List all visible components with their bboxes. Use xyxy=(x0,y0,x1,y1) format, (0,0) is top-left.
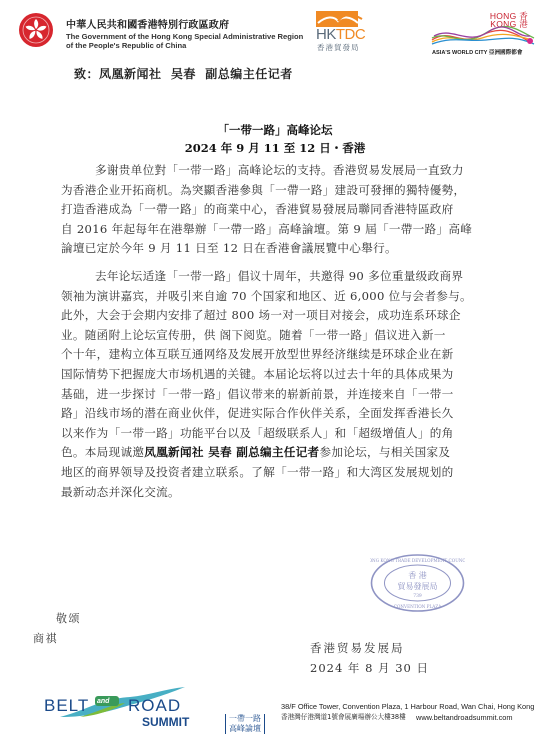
paragraph-line: 多谢贵单位對「一带一路」高峰论坛的支持。香港贸易发展局一直致力 xyxy=(61,161,491,181)
letter-date: 2024 年 8 月 30 日 xyxy=(310,660,429,676)
logo-and-text: and xyxy=(97,698,109,705)
invitee-highlight: 凤凰新闻社 吴春 副总编主任记者 xyxy=(144,445,319,459)
brand-hong-kong-logo: HONG 香 KONG 港 ASIA'S WORLD CITY 亞洲國際都會 xyxy=(430,10,540,58)
svg-text:HONG KONG TRADE DEVELOPMENT CO: HONG KONG TRADE DEVELOPMENT COUNCIL xyxy=(370,558,465,563)
paragraph-2: 去年论坛适逢「一带一路」倡议十周年，共邀得 90 多位重量级政商界 领袖为演讲嘉… xyxy=(61,267,491,502)
brandhk-ribbon-icon xyxy=(430,26,540,48)
letterhead: 中華人民共和國香港特別行政區政府 The Government of the H… xyxy=(0,0,550,62)
recipient-line: 致：凤凰新闻社 吴春 副总编主任记者 xyxy=(74,65,293,82)
signatory-organization: 香港贸易发展局 xyxy=(310,640,405,656)
paragraph-line: 論壇已定於今年 9 月 11 日至 12 日在香港會議展覽中心舉行。 xyxy=(61,239,491,259)
government-name-cn: 中華人民共和國香港特別行政區政府 xyxy=(66,20,296,32)
logo-road-text: ROAD xyxy=(128,697,181,714)
address-cn: 香港灣仔港灣道1號會展廣場辦公大樓38樓 xyxy=(281,712,406,723)
svg-text:香 港: 香 港 xyxy=(408,570,427,580)
paragraph-line-invitation: 色。本局现诚邀凤凰新闻社 吴春 副总编主任记者参加论坛，与相关国家及 xyxy=(61,443,491,463)
paragraph-line: 打造香港成為「一帶一路」的商業中心，香港貿易發展局聯同香港特區政府 xyxy=(61,200,491,220)
website-link[interactable]: www.beltandroadsummit.com xyxy=(416,712,513,723)
letter-subtitle-date-location: 2024 年 9 月 11 至 12 日・香港 xyxy=(0,140,550,156)
paragraph-line: 业。随函附上论坛宣传册，供 阁下阅览。随着「一带一路」倡议进入新一 xyxy=(61,326,491,346)
paragraph-line: 个十年，建构立体互联互通网络及发展开放型世界经济继续是环球企业在新 xyxy=(61,345,491,365)
svg-text:CONVENTION PLAZA: CONVENTION PLAZA xyxy=(394,604,442,609)
paragraph-line: 国际情势下把握庞大市场机遇的关键。本届论坛将以过去十年的具体成果为 xyxy=(61,365,491,385)
letter-title: 「一带一路」高峰论坛 xyxy=(0,122,550,138)
hktdc-logo: HKTDC 香港貿發局 xyxy=(316,11,366,53)
footer: BELT and ROAD SUMMIT 一帶一路 高峰論壇 38/F Offi… xyxy=(0,675,550,735)
logo-belt-text: BELT xyxy=(44,697,89,714)
government-name: 中華人民共和國香港特別行政區政府 The Government of the H… xyxy=(66,20,296,50)
paragraph-line: 以来作为「一带一路」功能平台以及「超级联系人」和「超级增值人」的角 xyxy=(61,424,491,444)
paragraph-line: 路」沿线市场的潜在商业伙伴，促进实际合作伙伴关系，全面发挥香港长久 xyxy=(61,404,491,424)
closing-salutation: 商祺 xyxy=(33,630,58,646)
government-name-en-2: of the People's Republic of China xyxy=(66,41,296,50)
paragraph-1: 多谢贵单位對「一带一路」高峰论坛的支持。香港贸易发展局一直致力 为香港企业开拓商… xyxy=(61,161,491,259)
hktdc-seal-stamp-icon: 香 港 貿易發展局 739 HONG KONG TRADE DEVELOPMEN… xyxy=(370,553,465,613)
hksar-emblem-icon xyxy=(18,12,54,48)
brandhk-tagline: ASIA'S WORLD CITY 亞洲國際都會 xyxy=(432,48,522,56)
government-name-en-1: The Government of the Hong Kong Special … xyxy=(66,32,296,41)
paragraph-line: 基础，进一步探讨「一带一路」倡议带来的崭新前景，并连接来自「一带一 xyxy=(61,385,491,405)
belt-and-road-summit-logo: BELT and ROAD SUMMIT 一帶一路 高峰論壇 xyxy=(40,687,190,727)
svg-text:739: 739 xyxy=(413,593,422,599)
logo-cn-text: 一帶一路 高峰論壇 xyxy=(225,714,265,734)
hktdc-letters-hk: HK xyxy=(316,26,336,43)
paragraph-line: 此外，大会于会期内安排了超过 800 场一对一项目对接会，成功连系环球企 xyxy=(61,306,491,326)
logo-summit-text: SUMMIT xyxy=(142,716,189,728)
hktdc-letters-tdc: TDC xyxy=(336,26,365,43)
paragraph-line: 领袖为演讲嘉宾，并吸引来自逾 70 个国家和地区、近 6,000 位与会者参与。 xyxy=(61,287,491,307)
svg-text:貿易發展局: 貿易發展局 xyxy=(398,582,438,591)
paragraph-line: 地区的商界领导及投资者建立联系。了解「一带一路」和大湾区发展规划的 xyxy=(61,463,491,483)
paragraph-line: 自 2016 年起每年在港舉辦「一帶一路」高峰論壇。第 9 屆「一帶一路」高峰 xyxy=(61,220,491,240)
closing-greeting: 敬颂 xyxy=(56,610,81,626)
hktdc-cn-name: 香港貿發局 xyxy=(317,43,360,52)
paragraph-line: 去年论坛适逢「一带一路」倡议十周年，共邀得 90 多位重量级政商界 xyxy=(61,267,491,287)
paragraph-line: 为香港企业开拓商机。為突顯香港參與「一帶一路」建設可發揮的獨特優勢， xyxy=(61,181,491,201)
address-en: 38/F Office Tower, Convention Plaza, 1 H… xyxy=(281,701,534,712)
paragraph-line: 最新动态并深化交流。 xyxy=(61,483,491,503)
